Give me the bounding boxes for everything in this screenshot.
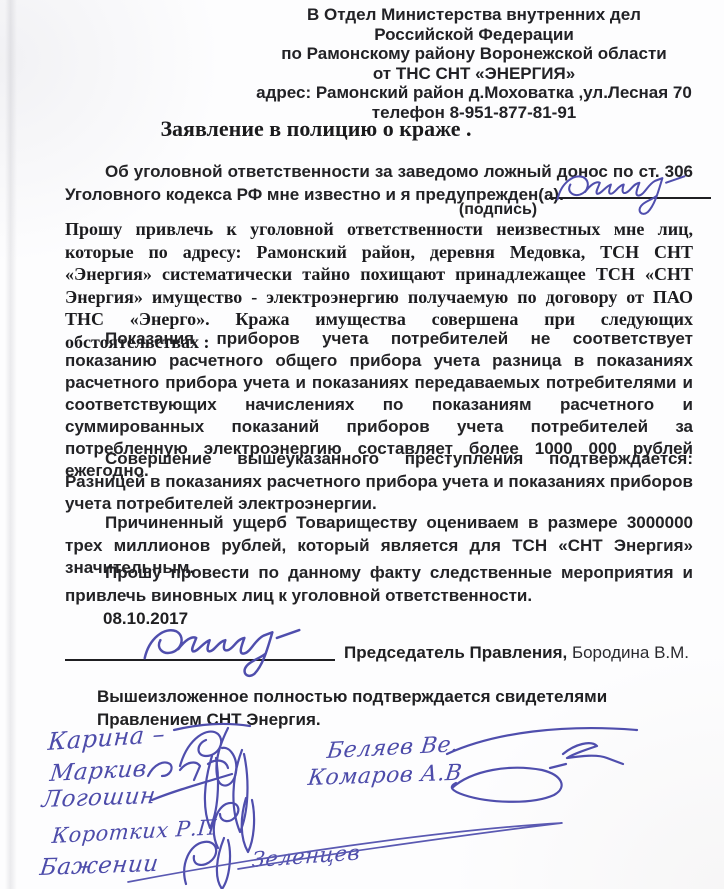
handwritten-signature xyxy=(558,176,685,214)
handwritten-flourish xyxy=(452,764,566,802)
signature-stroke xyxy=(452,764,566,802)
ink-strokes-overlay xyxy=(0,0,724,889)
signature-stroke xyxy=(558,176,685,214)
signature-stroke xyxy=(184,838,230,889)
signature-stroke xyxy=(447,728,637,764)
handwritten-flourish xyxy=(447,728,637,764)
handwritten-flourish xyxy=(128,823,562,882)
signature-stroke xyxy=(174,724,250,786)
chairman-handwritten-signature xyxy=(145,630,300,676)
signature-stroke xyxy=(145,630,300,676)
handwritten-flourish xyxy=(184,838,230,889)
handwritten-flourish xyxy=(174,724,250,786)
scanned-document-page: В Отдел Министерства внутренних дел Росс… xyxy=(0,0,724,889)
